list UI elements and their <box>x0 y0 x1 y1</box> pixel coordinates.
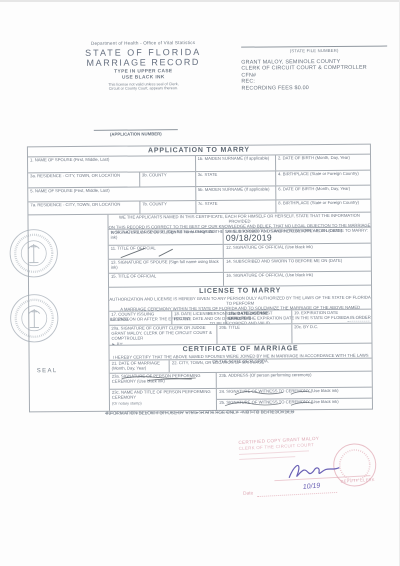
witness-signature-cells: 24. SIGNATURE OF WITNESS TO CEREMONY (Us… <box>217 388 372 410</box>
field-14-sworn-date: 14. SUBSCRIBED AND SWORN TO BEFORE ME ON… <box>224 258 371 272</box>
field-3a-residence: 3a. RESIDENCE - CITY, TOWN, OR LOCATION <box>28 172 140 187</box>
field-20a-clerk-signature: 20a. SIGNATURE OF COURT CLERK OR JUDGE G… <box>109 325 217 345</box>
field-3c-state: 3c. STATE <box>196 171 276 186</box>
field-3b-county: 3b. COUNTY <box>140 172 196 186</box>
handwritten-date: 10/19 <box>303 483 321 492</box>
field-20b-title: 20b. TITLE <box>217 324 292 344</box>
field-7c-state: 7c. STATE <box>196 200 276 213</box>
field-17-county-issuing: 17. COUNTY ISSUING LICENSE <box>109 311 172 324</box>
seal-label: SEAL <box>37 368 58 374</box>
court-seal-stamp-1 <box>9 228 59 278</box>
clerk-recording-block: (STATE FILE NUMBER) GRANT MALOY, SEMINOL… <box>241 45 393 91</box>
field-10-sworn-date: 10. SUBSCRIBED AND SWORN TO BEFORE ME ON… <box>224 228 371 244</box>
field-12-signature-official: 12. SIGNATURE OF OFFICIAL (Use black ink… <box>224 244 371 258</box>
form-lower-body: WE THE APPLICANTS NAMED IN THIS CERTIFIC… <box>28 213 372 412</box>
field-23a-signature-performing: 23a. SIGNATURE OF PERSON PERFORMING CERE… <box>110 373 218 389</box>
document-header: Department of Health - Office of Vital S… <box>55 40 231 92</box>
field-19-expiration-date: 19. EXPIRATION DATE <box>292 310 371 324</box>
field-7b-county: 7b. COUNTY <box>140 201 196 213</box>
recording-fees-line: RECORDING FEES $0.00 <box>241 84 393 92</box>
field-18-date-issued: 18. DATE LICENSE ISSUED <box>172 311 226 324</box>
field-9-signature-spouse: 9. SIGNATURE OF SPOUSE (Sign full name u… <box>109 229 224 245</box>
marriage-form-table: APPLICATION TO MARRY 1. NAME OF SPOUSE (… <box>27 144 373 413</box>
field-8-birthplace: 8. BIRTHPLACE (State or Foreign Country) <box>276 200 370 213</box>
stamp-date-label: Date <box>243 491 253 497</box>
application-number-label: (APPLICATION NUMBER) <box>94 131 178 137</box>
field-23c-name-title-performing: 23c. NAME AND TITLE OF PERSON PERFORMING… <box>110 389 218 411</box>
certified-copy-stamp: CERTIFIED COPY GRANT MALOY CLERK OF THE … <box>238 432 393 510</box>
field-22-location-of-marriage: 22. CITY, TOWN, OR LOCATION OF MARRIAGE <box>170 359 372 373</box>
form-main-column: WE THE APPLICANTS NAMED IN THIS CERTIFIC… <box>108 213 372 411</box>
document-title-line2: MARRIAGE RECORD <box>55 57 231 68</box>
field-7a-residence: 7a. RESIDENCE - CITY, TOWN, OR LOCATION <box>28 201 140 214</box>
field-4-birthplace: 4. BIRTHPLACE (State or Foreign Country) <box>276 171 370 186</box>
clerk-signature-row: 20a. SIGNATURE OF COURT CLERK OR JUDGE G… <box>109 324 371 346</box>
state-file-number-label: (STATE FILE NUMBER) <box>241 48 387 54</box>
court-seal-stamp-2 <box>9 293 59 343</box>
notary-stamp-note: (Or notary stamp) <box>112 400 214 406</box>
field-1-name-of-spouse: 1. NAME OF SPOUSE (First, Middle, Last) <box>28 156 196 172</box>
sworn-date-value: 09/18/2019 <box>226 234 369 240</box>
field-23b-address-performing: 23b. ADDRESS (Of person performing cerem… <box>217 372 372 388</box>
department-line: Department of Health - Office of Vital S… <box>55 40 231 46</box>
clerk-info-lines: GRANT MALOY, SEMINOLE COUNTY CLERK OF CI… <box>241 58 393 91</box>
field-2-date-of-birth: 2. DATE OF BIRTH (Month, Day, Year) <box>276 155 370 171</box>
field-5-name-of-spouse: 5. NAME OF SPOUSE (First, Middle, Last) <box>28 187 196 201</box>
field-1b-maiden-surname: 1b. MAIDEN SURNAME (If applicable) <box>196 155 276 171</box>
faint-stamp-mark <box>339 317 369 318</box>
field-6-date-of-birth: 6. DATE OF BIRTH (Month, Day, Year) <box>276 186 370 200</box>
license-validity-note: This license not valid unless seal of Cl… <box>55 82 231 92</box>
field-21-date-of-marriage: 21. DATE OF MARRIAGE (Month, Day, Year) <box>110 360 170 372</box>
field-5b-maiden-surname: 5b. MAIDEN SURNAME (If applicable) <box>196 186 276 200</box>
field-16-signature-official: 16. SIGNATURE OF OFFICIAL (Use black ink… <box>224 272 371 286</box>
field-18a-date-effective: 18a. DATE LICENSE EFFECTIVE <box>226 310 292 324</box>
field-15-title-of-official: 15. TITLE OF OFFICIAL <box>109 273 224 287</box>
field-20c-by-dc: 20c. BY D.C. <box>292 324 371 344</box>
instruction-black-ink: USE BLACK INK <box>55 75 231 81</box>
field-11-title-of-official: 11. TITLE OF OFFICIAL <box>109 245 224 259</box>
witness-row: 23c. NAME AND TITLE OF PERSON PERFORMING… <box>110 388 372 411</box>
application-number-block: (APPLICATION NUMBER) <box>94 129 178 137</box>
field-13-signature-spouse: 13. SIGNATURE OF SPOUSE (Sign full name … <box>109 259 224 273</box>
